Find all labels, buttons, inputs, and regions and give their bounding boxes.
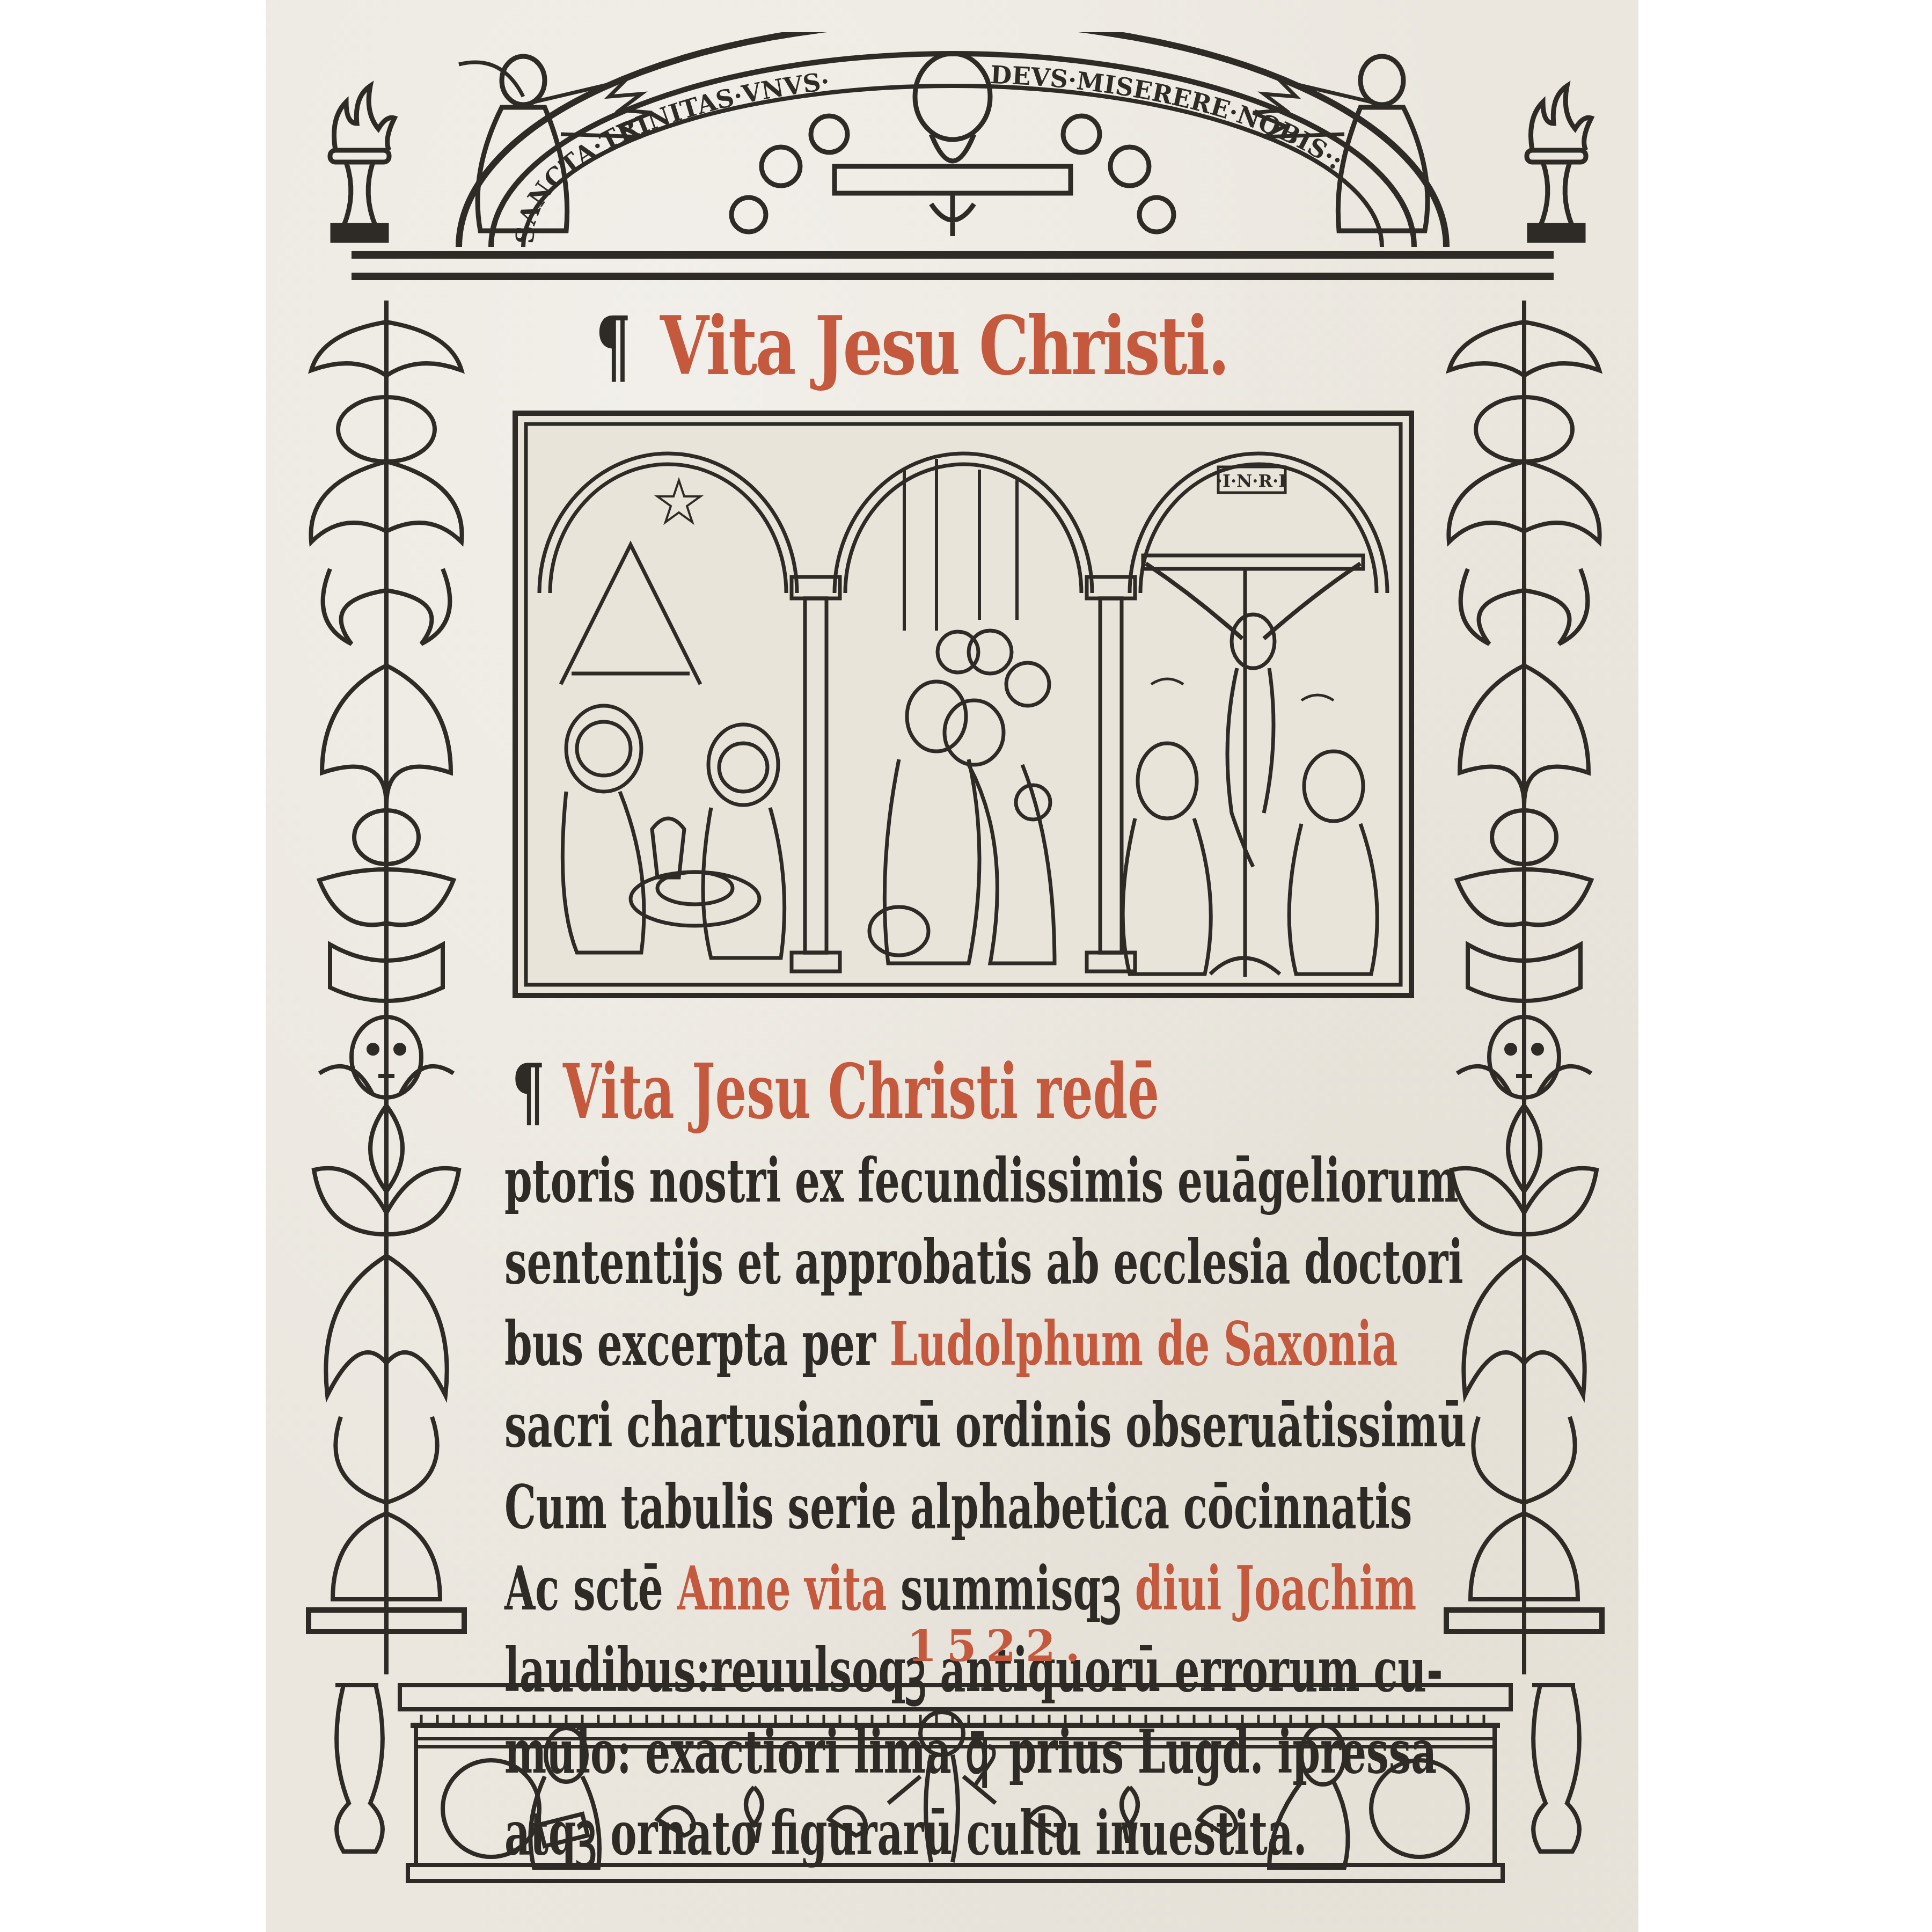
text-line-2: ptoris nostri ex fecundissimis euāgelior… xyxy=(504,1130,1428,1211)
baluster-left-icon xyxy=(335,1685,383,1851)
text-segment: bus excerpta per xyxy=(504,1309,890,1379)
right-ornamental-border xyxy=(1436,290,1613,1685)
vase-icon xyxy=(746,1787,762,1841)
baluster-right-icon xyxy=(1532,1685,1579,1851)
pilcrow-icon: ¶ xyxy=(595,306,631,386)
foliage-candelabrum-icon xyxy=(298,290,475,1685)
text-line-4: bus excerpta per Ludolphum de Saxonia xyxy=(504,1293,1428,1374)
foliage-candelabrum-icon xyxy=(1436,290,1613,1685)
torch-right-icon xyxy=(1527,86,1591,240)
anne-vita-red: Anne vita xyxy=(677,1554,887,1624)
publication-date: 1522. xyxy=(907,1621,1090,1671)
bird-icon xyxy=(1028,1807,1064,1835)
author-name: Ludolphum de Saxonia xyxy=(890,1309,1398,1379)
vase-icon xyxy=(1122,1787,1138,1841)
pilcrow-icon: ¶ xyxy=(511,1055,545,1130)
title-page: SANCTA·TRINITAS·VNVS· DEVS·MISERERE·NOBI… xyxy=(266,0,1638,1932)
bird-icon xyxy=(1199,1807,1236,1835)
left-ornamental-border xyxy=(298,290,475,1685)
woodcut-scenes-icon: ·I·N·R·I xyxy=(518,416,1409,993)
text-line-7: Ac sctē Anne vita summisqꝫ diui Joachim xyxy=(504,1538,1428,1619)
text-line-1: ¶ Vita Jesu Christi redē xyxy=(504,1038,1428,1130)
top-arch-frieze: SANCTA·TRINITAS·VNVS· DEVS·MISERERE·NOBI… xyxy=(298,32,1607,284)
text-segment: summisqꝫ xyxy=(887,1554,1135,1624)
nativity-scene-icon xyxy=(561,480,785,958)
inri-titulus: ·I·N·R·I xyxy=(1217,471,1286,491)
text-line-6: Cum tabulis serie alphabetica cōcinnatis xyxy=(504,1456,1428,1538)
bird-icon xyxy=(829,1807,866,1835)
text-segment: sacri chartusianorū ordinis obseruātissi… xyxy=(504,1396,1467,1456)
text-line-3: sententijs et approbatis ab ecclesia doc… xyxy=(504,1211,1428,1293)
trinity-arch-woodcut-icon: SANCTA·TRINITAS·VNVS· DEVS·MISERERE·NOBI… xyxy=(298,32,1607,284)
text-segment: Cum tabulis serie alphabetica cōcinnatis xyxy=(504,1477,1412,1538)
woodcut-triptych: ·I·N·R·I xyxy=(513,411,1414,998)
column-icon xyxy=(792,577,1135,971)
torch-left-icon xyxy=(330,86,394,240)
diui-joachim-red: diui Joachim xyxy=(1135,1554,1417,1624)
text-segment: Ac sctē xyxy=(504,1554,677,1624)
bird-icon xyxy=(657,1807,694,1835)
holy-family-frieze-icon xyxy=(314,1674,1597,1889)
text-segment: ptoris nostri ex fecundissimis euāgelior… xyxy=(504,1151,1459,1211)
headline-red-text: Vita Jesu Christi redē xyxy=(563,1055,1159,1130)
betrayal-scene-icon xyxy=(869,459,1055,963)
st-anne-figure-icon xyxy=(530,1728,599,1868)
crucifixion-scene-icon xyxy=(1123,467,1377,977)
page-title: ¶ Vita Jesu Christi. xyxy=(588,301,1388,392)
text-line-5: sacri chartusianorū ordinis obseruātissi… xyxy=(504,1374,1428,1456)
text-segment: sententijs et approbatis ab ecclesia doc… xyxy=(504,1233,1463,1293)
title-text: Vita Jesu Christi. xyxy=(660,306,1228,386)
bottom-frieze xyxy=(314,1674,1597,1889)
infant-christ-figure-icon xyxy=(888,1712,996,1862)
